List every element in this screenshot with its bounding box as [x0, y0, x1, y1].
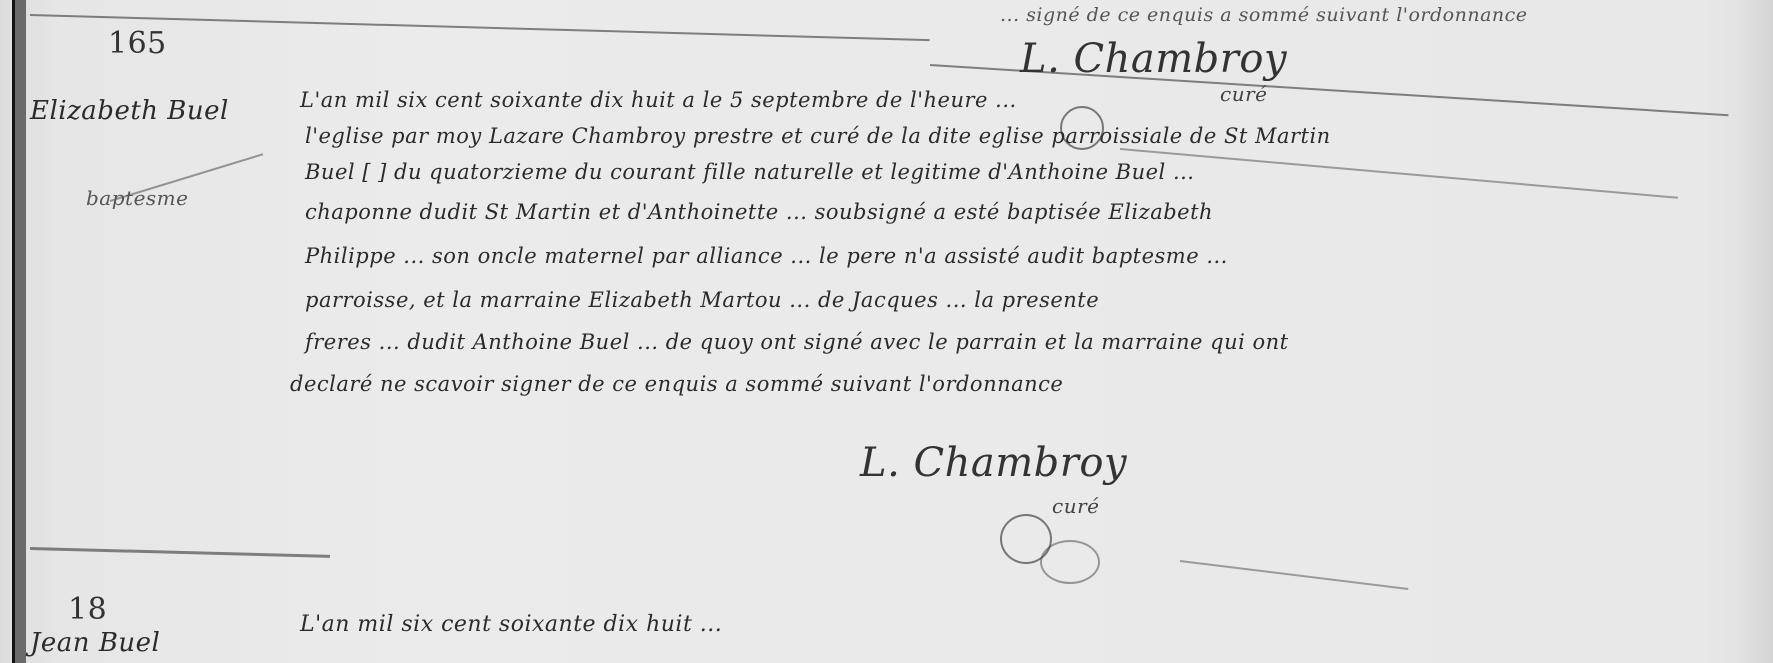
header-signature-suffix: curé: [1220, 82, 1267, 106]
entry-text-line: Philippe ... son oncle maternel par alli…: [305, 244, 1228, 268]
entry-signature-suffix: curé: [1052, 494, 1099, 518]
entry-text-line: chaponne dudit St Martin et d'Anthoinett…: [305, 200, 1213, 224]
entry-text-line: Buel [ ] du quatorzieme du courant fille…: [305, 160, 1194, 184]
page-right-edge: [1741, 0, 1773, 663]
register-page: ... signé de ce enquis a sommé suivant l…: [0, 0, 1773, 663]
top-fragment-text: ... signé de ce enquis a sommé suivant l…: [1000, 4, 1528, 26]
entry-text-line: L'an mil six cent soixante dix huit a le…: [300, 88, 1017, 112]
entry-margin-name: Elizabeth Buel: [30, 96, 229, 126]
entry-text-line: freres ... dudit Anthoine Buel ... de qu…: [305, 330, 1289, 354]
header-signature: L. Chambroy: [1020, 36, 1287, 82]
separator-rule: [1120, 148, 1678, 199]
entry-text-line: parroisse, et la marraine Elizabeth Mart…: [305, 288, 1099, 312]
entry-margin-name: Jean Buel: [30, 628, 160, 658]
page-binding-edge: [12, 0, 26, 663]
paraph-flourish-icon: [1040, 540, 1100, 584]
entry-text-line: L'an mil six cent soixante dix huit ...: [300, 612, 722, 637]
entry-separator: [30, 547, 330, 558]
entry-number: 18: [68, 592, 107, 627]
entry-text-line: l'eglise par moy Lazare Chambroy prestre…: [305, 124, 1331, 148]
entry-margin-note: baptesme: [86, 186, 188, 210]
entry-number: 165: [108, 26, 167, 61]
signature-flourish-line: [1180, 560, 1409, 590]
entry-text-line: declaré ne scavoir signer de ce enquis a…: [290, 372, 1063, 396]
entry-signature: L. Chambroy: [860, 440, 1127, 486]
